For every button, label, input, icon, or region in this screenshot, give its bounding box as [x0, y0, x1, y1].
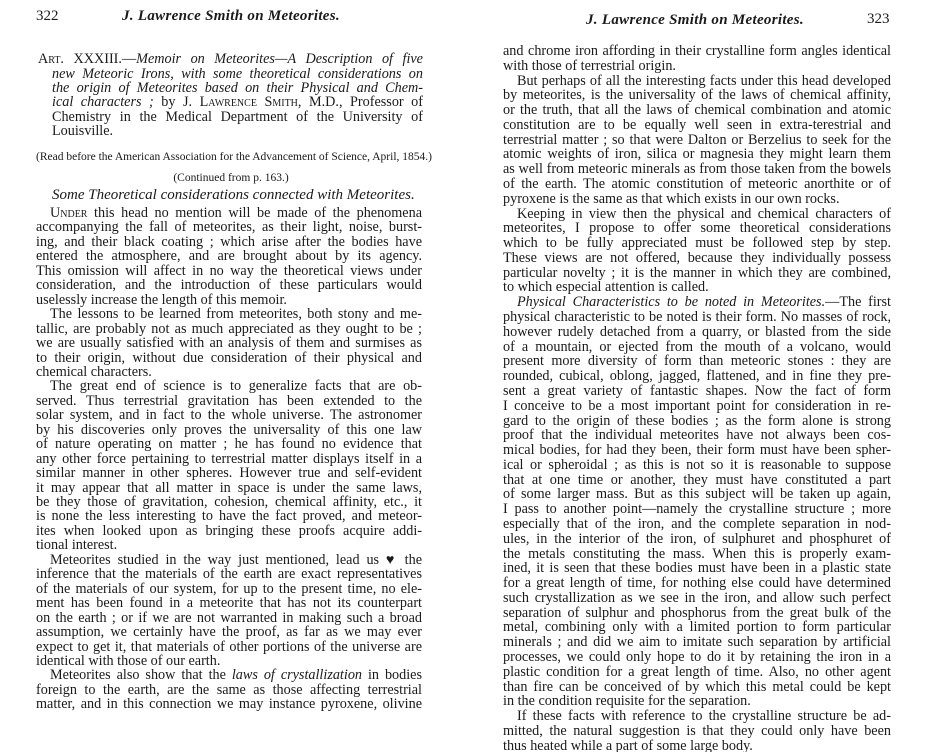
text-line: the metals constituting the mass. When t… [503, 547, 891, 562]
text-line: by meteorites, is the universality of th… [503, 88, 891, 103]
text-line: with those of terrestrial origin. [503, 59, 891, 74]
text-line: ined, it is seen that these bodies must … [503, 561, 891, 576]
text-line: rounded, cubical, oblong, jagged, flatte… [503, 369, 891, 384]
text-line: we are usually satisfied with an analysi… [36, 336, 422, 351]
text-line: If these facts with reference to the cry… [517, 709, 891, 724]
text-line: and chrome iron affording in their cryst… [503, 44, 891, 59]
text-line: mitted, the natural suggestion is that t… [503, 724, 891, 739]
text-line: sent a great variety of fantastic shapes… [503, 384, 891, 399]
text-line: terrestrial matter ; so that were Dalton… [503, 133, 891, 148]
text-line: processes, we could only hope to do it b… [503, 650, 891, 665]
text-line: Keeping in view then the physical and ch… [517, 207, 891, 222]
left-page: 322 J. Lawrence Smith on Meteorites. Art… [0, 0, 466, 752]
text-line: Physical Characteristics to be noted in … [517, 295, 891, 310]
text-line: meteorites, I propose to offer some theo… [503, 221, 891, 236]
text-line: thus heated while a part of some large b… [503, 739, 891, 752]
text-line: I conceive to be a most important point … [503, 399, 891, 414]
text-line: of the earth. The atomic constitution of… [503, 177, 891, 192]
text-line: for a great length of time, for nothing … [503, 576, 891, 591]
page-number: 323 [867, 11, 890, 28]
text-line: The lessons to be learned from meteorite… [50, 307, 422, 322]
text-line: of a mountain, or ejected from the mouth… [503, 340, 891, 355]
running-head: J. Lawrence Smith on Meteorites. [122, 8, 340, 25]
text-line: however rudely detached from a quarry, o… [503, 325, 891, 340]
text-line: metal, combining only with a limited por… [503, 620, 891, 635]
text-line: gard to the origin of these bodies ; as … [503, 414, 891, 429]
text-line: than fire can be conceived of by which t… [503, 680, 891, 695]
page-number: 322 [36, 8, 59, 25]
running-head: J. Lawrence Smith on Meteorites. [586, 12, 804, 29]
text-line: matter, and in this connection we may in… [36, 697, 422, 712]
text-line: consideration, and the introduction of t… [36, 278, 422, 293]
title-line: ical characters ; by J. Lawrence Smith, … [52, 95, 423, 110]
title-line: Louisville. [52, 124, 423, 139]
text-line: ment has been found in a meteorite that … [36, 596, 422, 611]
section-heading: Some Theoretical considerations connecte… [52, 188, 408, 203]
text-line: But perhaps of all the interesting facts… [517, 74, 891, 89]
text-line: of nature operating on matter ; he has f… [36, 437, 422, 452]
continued-note: (Continued from p. 163.) [36, 171, 426, 186]
text-line: ules, in the interior of the iron, of su… [503, 532, 891, 547]
text-line: constitution are to be equally well seen… [503, 118, 891, 133]
text-line: mical bodies, for had they been, their f… [503, 443, 891, 458]
text-line: minerals ; and did we aim to imitate suc… [503, 635, 891, 650]
text-line: pyroxene is the same as that which exist… [503, 192, 891, 207]
text-line: that at one time or another, they must h… [503, 473, 891, 488]
text-line: or the truth, that all the laws of chemi… [503, 103, 891, 118]
text-line: ical or spheroidal ; as this is not so i… [503, 458, 891, 473]
text-line: These views are not offered, because the… [503, 251, 891, 266]
text-line: which to be fully appreciated must be fo… [503, 236, 891, 251]
text-line: assumption, we certainly have the proof,… [36, 625, 422, 640]
text-line: separation of sulphur and phosphorus fro… [503, 606, 891, 621]
text-line: as well from meteoric minerals as from t… [503, 162, 891, 177]
text-line: I pass to another point—namely the cryst… [503, 502, 891, 517]
text-line: physical characteristic to be noted is t… [503, 310, 891, 325]
text-line: particular novelty ; it is the manner in… [503, 266, 891, 281]
text-line: in the condition requisite for the separ… [503, 694, 891, 709]
text-line: to which especial attention is called. [503, 280, 891, 295]
text-line: such crystallization as we see in the ir… [503, 591, 891, 606]
text-line: atomic weights of iron, silica or magnes… [503, 147, 891, 162]
title-line: Art. XXXIII.—Memoir on Meteorites—A Desc… [38, 52, 423, 67]
text-line: present more diversity of form than mete… [503, 354, 891, 369]
text-line: plastic condition for a great length of … [503, 665, 891, 680]
text-line: similar manner in other spheres. However… [36, 466, 422, 481]
right-page: J. Lawrence Smith on Meteorites. 323 and… [466, 0, 932, 752]
text-line: of some larger mass. But as this subject… [503, 487, 891, 502]
text-line: especially that of the iron, and the com… [503, 517, 891, 532]
text-line: inference that the materials of the eart… [36, 567, 422, 582]
read-note: (Read before the American Association fo… [36, 150, 426, 165]
text-line: proof that the individual meteorites hav… [503, 428, 891, 443]
